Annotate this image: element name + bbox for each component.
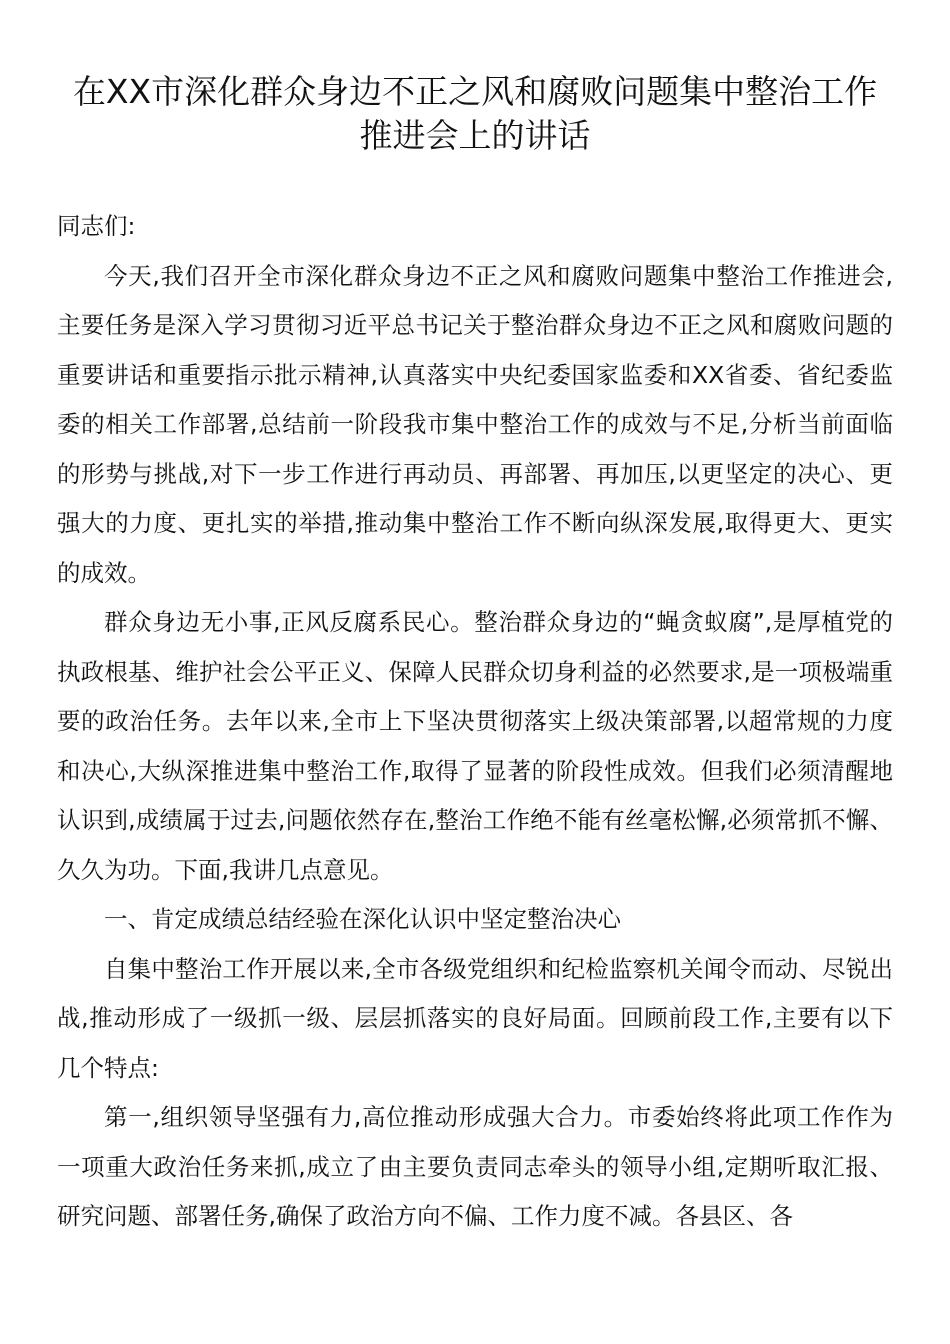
paragraph: 第一,组织领导坚强有力,高位推动形成强大合力。市委始终将此项工作作为一项重大政治…: [57, 1093, 893, 1242]
section-heading: 一、肯定成绩总结经验在深化认识中坚定整治决心: [57, 895, 893, 945]
document-title: 在XX市深化群众身边不正之风和腐败问题集中整治工作推进会上的讲话: [57, 70, 893, 158]
paragraph: 自集中整治工作开展以来,全市各级党组织和纪检监察机关闻令而动、尽锐出战,推动形成…: [57, 945, 893, 1094]
document-body: 同志们: 今天,我们召开全市深化群众身边不正之风和腐败问题集中整治工作推进会,主…: [57, 202, 893, 1242]
salutation: 同志们:: [57, 202, 893, 252]
document-page: 在XX市深化群众身边不正之风和腐败问题集中整治工作推进会上的讲话 同志们: 今天…: [57, 70, 893, 1242]
paragraph: 今天,我们召开全市深化群众身边不正之风和腐败问题集中整治工作推进会,主要任务是深…: [57, 252, 893, 599]
paragraph: 群众身边无小事,正风反腐系民心。整治群众身边的“蝇贪蚁腐”,是厚植党的执政根基、…: [57, 598, 893, 895]
